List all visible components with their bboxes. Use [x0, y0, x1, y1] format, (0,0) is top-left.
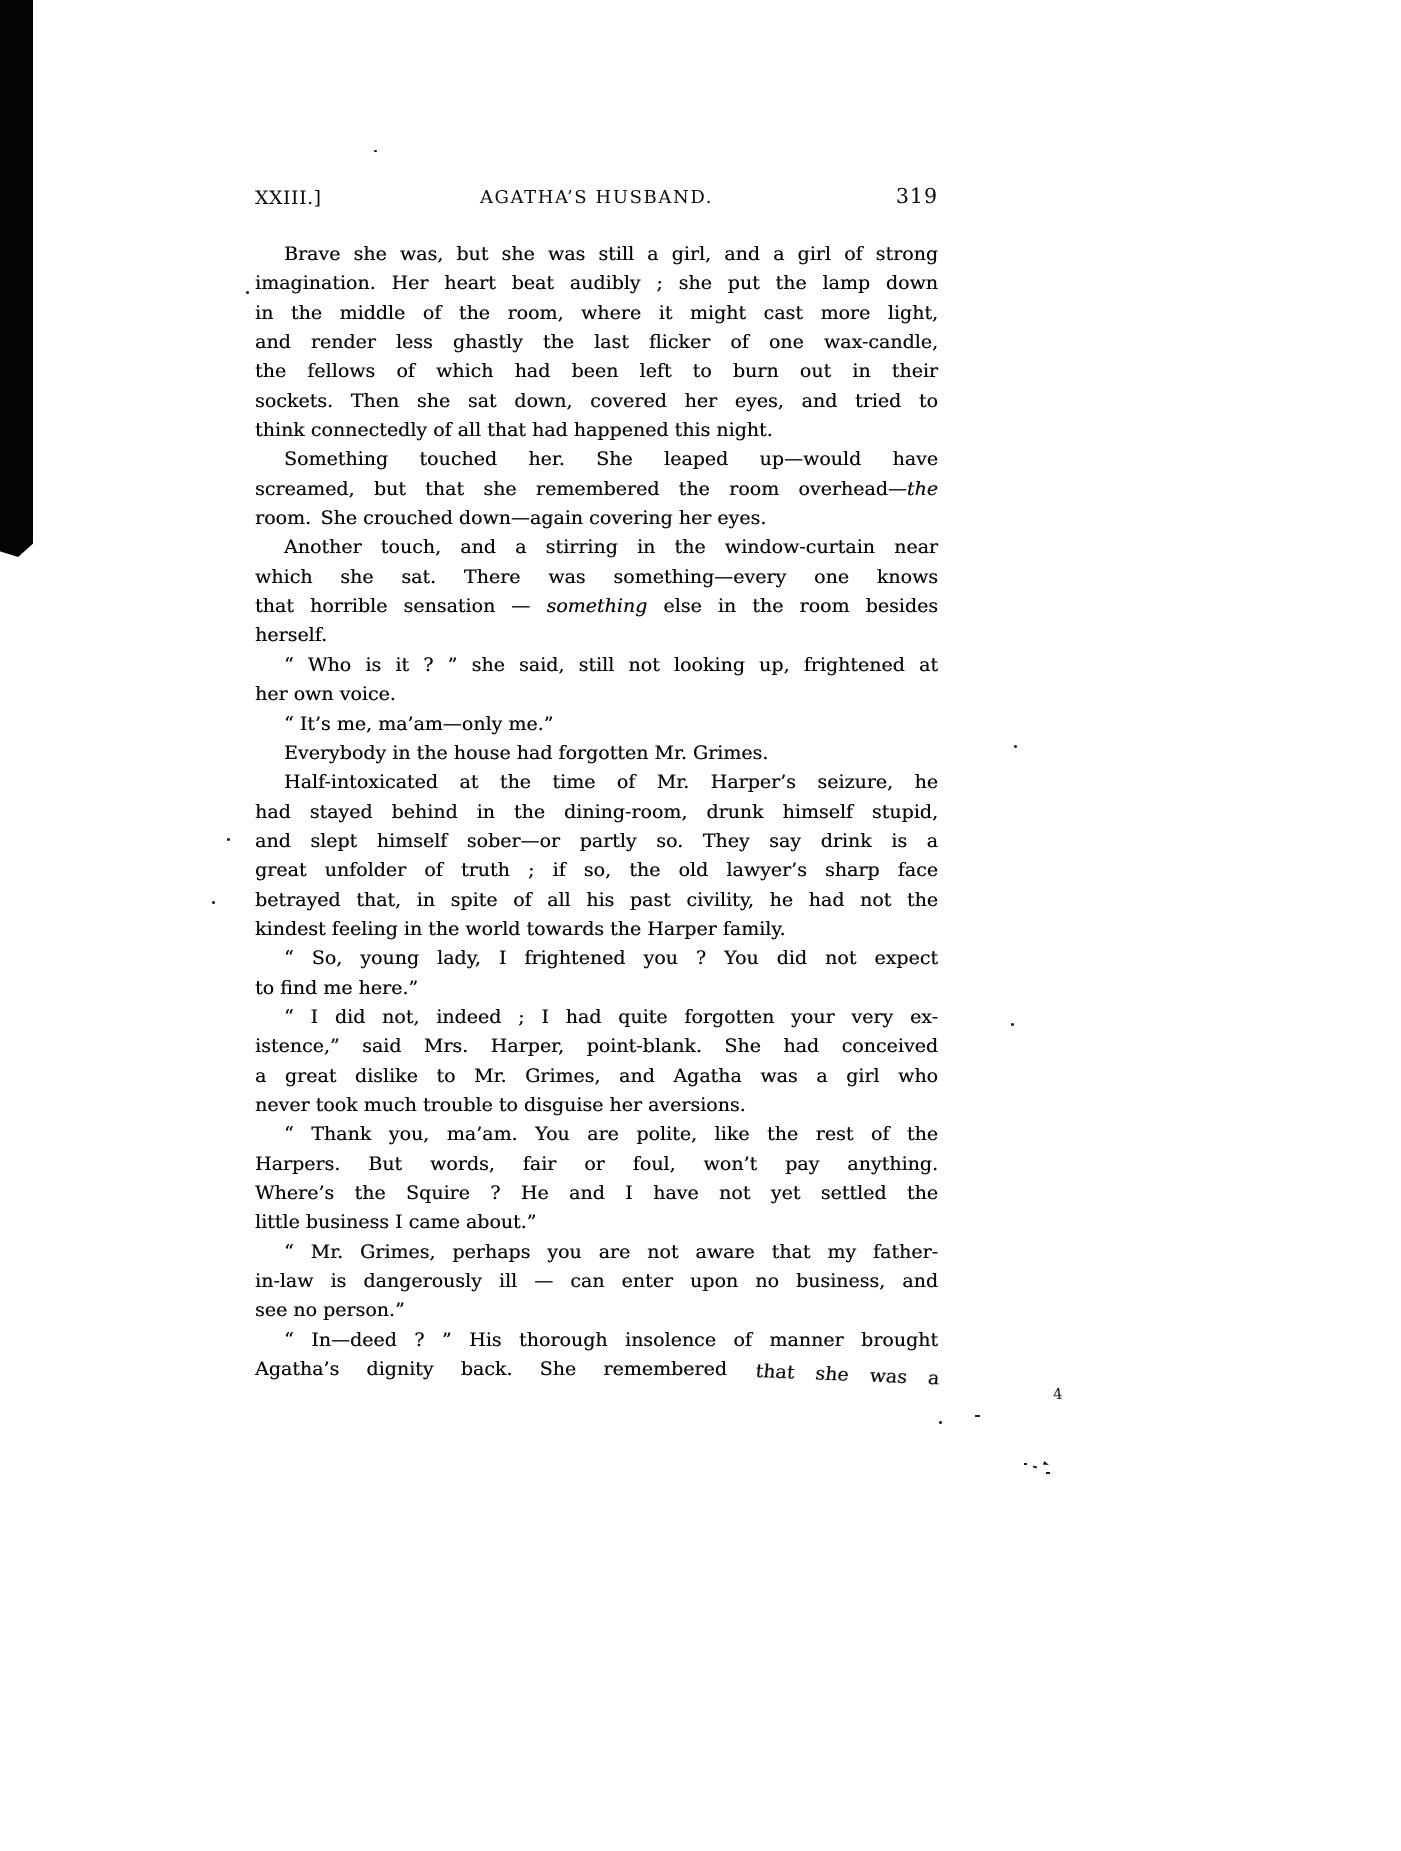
ink-speck: [1011, 1023, 1014, 1026]
text-segment: her own voice.: [255, 683, 396, 705]
text-line: which she sat. There was something—every…: [255, 563, 938, 592]
text-line: Something touched her. She leaped up—wou…: [255, 445, 938, 474]
text-line: to find me here.”: [255, 974, 938, 1003]
paragraph: “ So, young lady, I frightened you ? You…: [255, 944, 938, 1003]
italic-word: something: [546, 595, 647, 617]
text-line: great unfolder of truth ; if so, the old…: [255, 856, 938, 885]
distorted-text: that she was a: [754, 1357, 941, 1394]
text-line: “ In—deed ? ” His thorough insolence of …: [255, 1326, 938, 1355]
text-segment: Brave she was, but she was still a girl,…: [284, 243, 938, 265]
text-line: betrayed that, in spite of all his past …: [255, 886, 938, 915]
text-segment: Everybody in the house had forgotten Mr.…: [284, 742, 768, 764]
text-segment: else in the room besides: [647, 595, 938, 617]
running-title: AGATHA’S HUSBAND.: [255, 187, 938, 208]
text-line: and slept himself sober—or partly so. Th…: [255, 827, 938, 856]
text-segment: that horrible sensation —: [255, 595, 546, 617]
paragraph: Another touch, and a stirring in the win…: [255, 533, 938, 650]
text-segment: “ I did not, indeed ; I had quite forgot…: [284, 1006, 938, 1028]
ink-speck: [227, 838, 230, 841]
text-segment: “ So, young lady, I frightened you ? You…: [284, 947, 938, 969]
ink-speck: [1024, 1463, 1027, 1465]
ink-speck: [374, 150, 377, 152]
text-segment: a great dislike to Mr. Grimes, and Agath…: [255, 1065, 938, 1087]
text-segment: “ In—deed ? ” His thorough insolence of …: [284, 1329, 938, 1351]
paragraph: “ Thank you, ma’am. You are polite, like…: [255, 1120, 938, 1237]
text-line: the fellows of which had been left to bu…: [255, 357, 938, 386]
text-line: istence,” said Mrs. Harper, point-blank.…: [255, 1032, 938, 1061]
text-segment: room. She crouched down—again covering h…: [255, 507, 766, 529]
ink-speck: [975, 1415, 980, 1417]
ink-speck: [939, 1421, 942, 1424]
text-line: had stayed behind in the dining-room, dr…: [255, 798, 938, 827]
page-header: XXIII.] AGATHA’S HUSBAND. 319: [255, 184, 938, 214]
text-line: herself.: [255, 621, 938, 650]
text-line: screamed, but that she remembered the ro…: [255, 475, 938, 504]
page-number: 319: [896, 184, 938, 208]
text-segment: istence,” said Mrs. Harper, point-blank.…: [255, 1035, 938, 1057]
ink-speck: [212, 901, 215, 904]
text-segment: Another touch, and a stirring in the win…: [284, 536, 938, 558]
text-line: “ I did not, indeed ; I had quite forgot…: [255, 1003, 938, 1032]
paragraph: Something touched her. She leaped up—wou…: [255, 445, 938, 533]
text-segment: in-law is dangerously ill — can enter up…: [255, 1270, 938, 1292]
text-segment: see no person.”: [255, 1299, 405, 1321]
ink-speck: [1046, 1472, 1050, 1474]
text-line: “ It’s me, ma’am—only me.”: [255, 710, 938, 739]
text-segment: imagination. Her heart beat audibly ; sh…: [255, 272, 938, 294]
text-segment: to find me here.”: [255, 977, 418, 999]
book-page: XXIII.] AGATHA’S HUSBAND. 319 Brave she …: [0, 0, 1401, 1851]
text-segment: little business I came about.”: [255, 1211, 536, 1233]
text-line: Everybody in the house had forgotten Mr.…: [255, 739, 938, 768]
paragraph: “ Mr. Grimes, perhaps you are not aware …: [255, 1238, 938, 1326]
text-line: “ Mr. Grimes, perhaps you are not aware …: [255, 1238, 938, 1267]
paragraph: “ Who is it ? ” she said, still not look…: [255, 651, 938, 710]
ink-speck: [1033, 1466, 1037, 1469]
text-segment: “ Mr. Grimes, perhaps you are not aware …: [284, 1241, 938, 1263]
text-segment: kindest feeling in the world towards the…: [255, 918, 786, 940]
text-segment: “ It’s me, ma’am—only me.”: [284, 713, 553, 735]
text-segment: betrayed that, in spite of all his past …: [255, 889, 938, 911]
text-segment: Agatha’s dignity back. She remembered: [255, 1358, 754, 1380]
paragraph: “ I did not, indeed ; I had quite forgot…: [255, 1003, 938, 1120]
text-segment: Half-intoxicated at the time of Mr. Harp…: [284, 771, 938, 793]
page-text: Brave she was, but she was still a girl,…: [255, 240, 938, 1384]
text-line: in-law is dangerously ill — can enter up…: [255, 1267, 938, 1296]
italic-word: the: [907, 478, 938, 500]
text-line: little business I came about.”: [255, 1208, 938, 1237]
text-line: Harpers. But words, fair or foul, won’t …: [255, 1150, 938, 1179]
text-segment: the fellows of which had been left to bu…: [255, 360, 938, 382]
paragraph: Half-intoxicated at the time of Mr. Harp…: [255, 768, 938, 944]
text-segment: in the middle of the room, where it migh…: [255, 302, 938, 324]
text-line: kindest feeling in the world towards the…: [255, 915, 938, 944]
text-line: sockets. Then she sat down, covered her …: [255, 387, 938, 416]
text-line: see no person.”: [255, 1296, 938, 1325]
text-segment: great unfolder of truth ; if so, the old…: [255, 859, 938, 881]
text-line: “ Who is it ? ” she said, still not look…: [255, 651, 938, 680]
text-line: Where’s the Squire ? He and I have not y…: [255, 1179, 938, 1208]
text-line: “ Thank you, ma’am. You are polite, like…: [255, 1120, 938, 1149]
text-segment: Harpers. But words, fair or foul, won’t …: [255, 1153, 938, 1175]
text-segment: think connectedly of all that had happen…: [255, 419, 773, 441]
text-segment: which she sat. There was something—every…: [255, 566, 938, 588]
text-line: think connectedly of all that had happen…: [255, 416, 938, 445]
text-segment: “ Thank you, ma’am. You are polite, like…: [284, 1123, 938, 1145]
text-segment: sockets. Then she sat down, covered her …: [255, 390, 938, 412]
text-segment: Something touched her. She leaped up—wou…: [284, 448, 938, 470]
text-segment: and slept himself sober—or partly so. Th…: [255, 830, 938, 852]
paragraph: “ In—deed ? ” His thorough insolence of …: [255, 1326, 938, 1385]
text-line: that horrible sensation — something else…: [255, 592, 938, 621]
ink-speck: [1014, 745, 1017, 748]
text-line: imagination. Her heart beat audibly ; sh…: [255, 269, 938, 298]
paragraph: Everybody in the house had forgotten Mr.…: [255, 739, 938, 768]
ink-speck: [1042, 1461, 1049, 1467]
text-segment: herself.: [255, 624, 327, 646]
text-segment: and render less ghastly the last flicker…: [255, 331, 938, 353]
text-segment: screamed, but that she remembered the ro…: [255, 478, 907, 500]
text-line: Another touch, and a stirring in the win…: [255, 533, 938, 562]
text-line: “ So, young lady, I frightened you ? You…: [255, 944, 938, 973]
text-line: Brave she was, but she was still a girl,…: [255, 240, 938, 269]
scan-edge-artifact: [0, 0, 33, 557]
ink-blot: 4: [1052, 1385, 1063, 1404]
text-segment: Where’s the Squire ? He and I have not y…: [255, 1182, 938, 1204]
text-line: Agatha’s dignity back. She remembered th…: [255, 1355, 938, 1384]
text-segment: “ Who is it ? ” she said, still not look…: [284, 654, 938, 676]
ink-speck: [246, 291, 249, 294]
text-line: never took much trouble to disguise her …: [255, 1091, 938, 1120]
text-line: room. She crouched down—again covering h…: [255, 504, 938, 533]
text-line: a great dislike to Mr. Grimes, and Agath…: [255, 1062, 938, 1091]
text-segment: never took much trouble to disguise her …: [255, 1094, 746, 1116]
paragraph: “ It’s me, ma’am—only me.”: [255, 710, 938, 739]
text-line: and render less ghastly the last flicker…: [255, 328, 938, 357]
text-segment: had stayed behind in the dining-room, dr…: [255, 801, 938, 823]
text-line: in the middle of the room, where it migh…: [255, 299, 938, 328]
text-line: her own voice.: [255, 680, 938, 709]
paragraph: Brave she was, but she was still a girl,…: [255, 240, 938, 445]
text-line: Half-intoxicated at the time of Mr. Harp…: [255, 768, 938, 797]
